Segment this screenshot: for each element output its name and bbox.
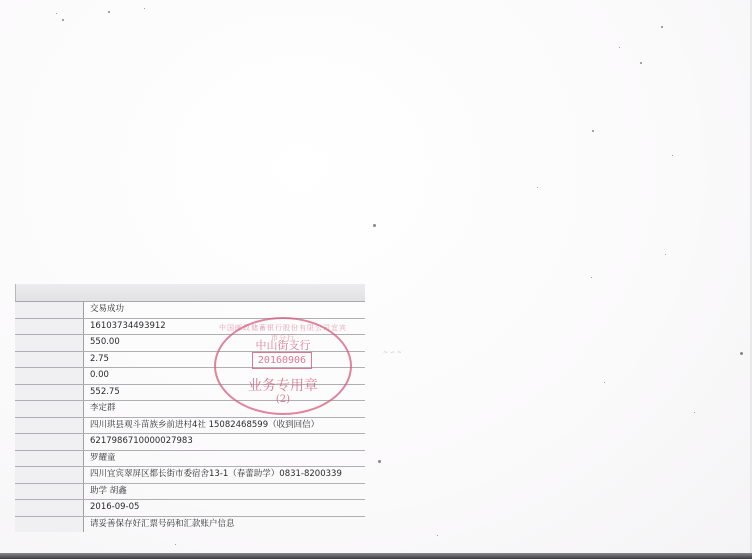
scan-speck [592, 130, 594, 132]
table-row: 罗耀童 [15, 451, 365, 468]
label-cell [15, 352, 84, 368]
remitter-account: 6217986710000027983 [84, 434, 193, 450]
transaction-status: 交易成功 [84, 302, 124, 318]
scan-speck [694, 412, 695, 413]
stamp-purpose: 业务专用章 [216, 375, 350, 395]
scan-speck [144, 8, 145, 9]
scan-speck [672, 155, 673, 156]
payee-address: 四川珙县观斗苗族乡前进村4社 15082468599（收到回信） [84, 418, 319, 434]
label-cell [15, 434, 84, 450]
label-cell [15, 484, 84, 500]
table-row: 6217986710000027983 [15, 434, 365, 451]
bank-seal-stamp: 中国邮政储蓄银行股份有限公司宜宾市分行 中山街支行 20160906 业务专用章… [214, 317, 352, 415]
label-cell [15, 401, 84, 417]
stamp-number: (2) [216, 394, 350, 405]
remitter-name: 罗耀童 [84, 451, 116, 467]
scan-speck [619, 47, 620, 48]
label-cell [15, 418, 84, 434]
label-cell [15, 517, 84, 533]
label-cell [15, 335, 84, 351]
scanned-page: ~ ∽ ~ 交易成功 16103734493912 550.00 2.75 0.… [0, 0, 752, 559]
total-amount: 552.75 [84, 385, 120, 401]
table-row: 2016-09-05 [15, 500, 365, 517]
scan-speck [640, 62, 642, 64]
label-cell [15, 368, 84, 384]
scan-speck [591, 277, 592, 278]
scan-speck [378, 460, 381, 463]
label-cell [15, 302, 84, 318]
table-row: 四川珙县观斗苗族乡前进村4社 15082468599（收到回信） [15, 418, 365, 435]
label-cell [15, 467, 84, 483]
scan-speck [604, 382, 605, 383]
remittance-number: 16103734493912 [84, 319, 166, 335]
additional-fee: 0.00 [84, 368, 109, 384]
table-header [15, 284, 365, 302]
scan-edge-bottom [0, 553, 752, 559]
scan-speck [108, 11, 110, 13]
label-cell [15, 500, 84, 516]
remittance-fee: 2.75 [84, 352, 109, 368]
table-row: 交易成功 [15, 302, 365, 319]
remittance-note: 助学 胡鑫 [84, 484, 127, 500]
label-cell [15, 319, 84, 335]
table-row: 请妥善保存好汇票号码和汇款账户信息 [15, 517, 365, 533]
scan-speck [661, 26, 663, 28]
notice-text: 请妥善保存好汇票号码和汇款账户信息 [84, 517, 235, 533]
scan-speck [62, 19, 64, 21]
scan-speck [373, 224, 376, 227]
scan-speck [56, 13, 57, 14]
table-row: 四川宜宾翠屏区都长街市委宿舍13-1（春蕾助学）0831-8200339 [15, 467, 365, 484]
pencil-mark: ~ ∽ ~ [383, 349, 402, 356]
label-cell [15, 385, 84, 401]
scan-speck [537, 187, 538, 188]
label-cell [15, 451, 84, 467]
remittance-amount: 550.00 [84, 335, 120, 351]
stamp-date: 20160906 [252, 352, 312, 369]
scan-speck [175, 544, 176, 545]
scan-speck [665, 254, 666, 255]
scan-speck [437, 535, 438, 536]
scan-speck [740, 352, 743, 355]
remitter-address: 四川宜宾翠屏区都长街市委宿舍13-1（春蕾助学）0831-8200339 [84, 467, 342, 483]
payee-name: 李定群 [84, 401, 116, 417]
transaction-date: 2016-09-05 [84, 500, 139, 516]
stamp-branch: 中山街支行 [216, 337, 350, 353]
table-row: 助学 胡鑫 [15, 484, 365, 501]
